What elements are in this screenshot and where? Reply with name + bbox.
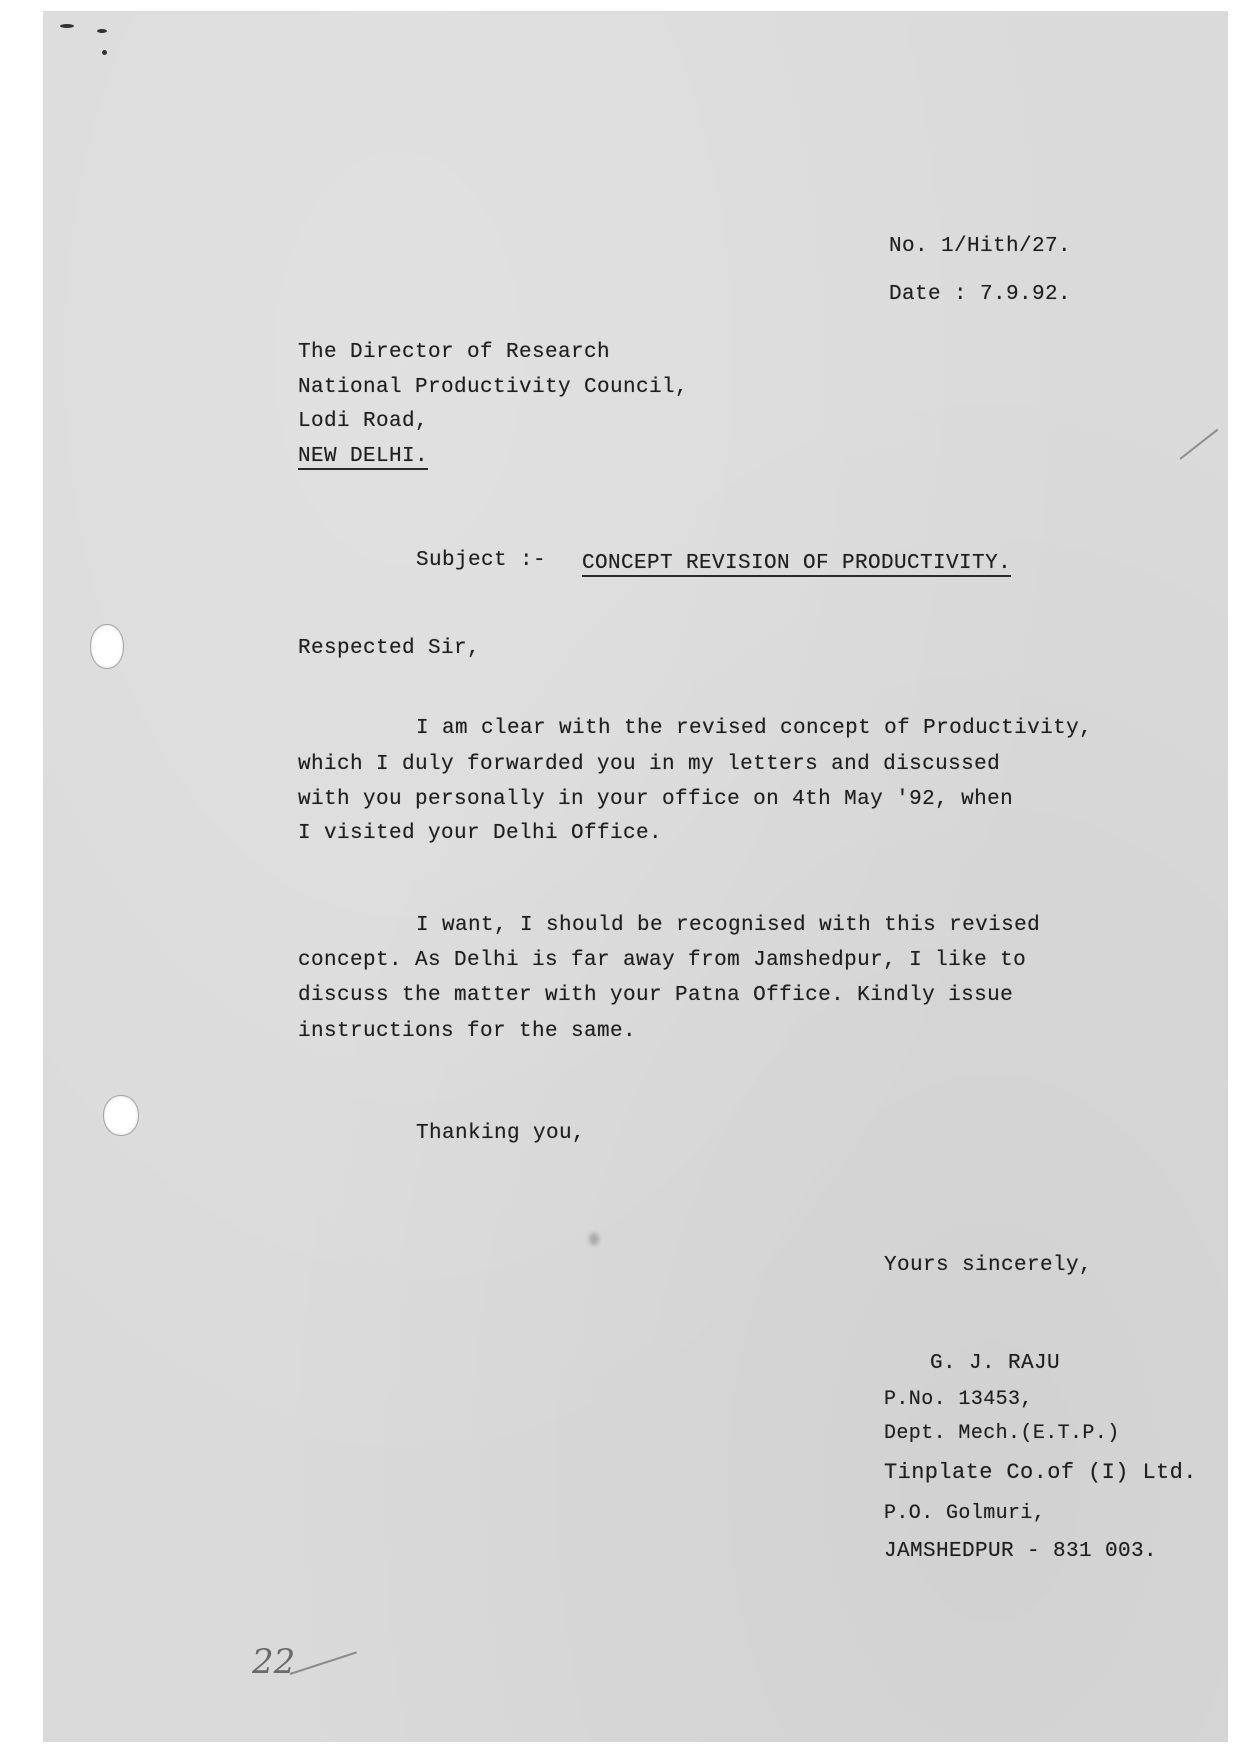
- punch-hole-bottom: [104, 1096, 138, 1135]
- signature-line: P.O. Golmuri,: [884, 1504, 1045, 1524]
- reference-number: No. 1/Hith/27.: [889, 236, 1071, 257]
- recipient-line: The Director of Research: [298, 342, 610, 363]
- subject-text: CONCEPT REVISION OF PRODUCTIVITY.: [582, 553, 1011, 577]
- ink-mark: [60, 24, 74, 28]
- ink-mark: [102, 50, 107, 55]
- paragraph-line: instructions for the same.: [298, 1021, 636, 1042]
- smudge-mark: [589, 1233, 599, 1245]
- signature-line: Tinplate Co.of (I) Ltd.: [884, 1462, 1197, 1484]
- recipient-line: National Productivity Council,: [298, 377, 688, 398]
- salutation: Respected Sir,: [298, 638, 480, 659]
- signature-line: JAMSHEDPUR - 831 003.: [884, 1541, 1157, 1562]
- paragraph-line: I want, I should be recognised with this…: [416, 915, 1040, 936]
- paragraph-line: I visited your Delhi Office.: [298, 823, 662, 844]
- paragraph-line: which I duly forwarded you in my letters…: [298, 754, 1000, 775]
- signature-line: Dept. Mech.(E.T.P.): [884, 1424, 1120, 1444]
- handwritten-page-number: 22: [252, 1645, 295, 1679]
- paragraph-line: I am clear with the revised concept of P…: [416, 718, 1092, 739]
- letter-date: Date : 7.9.92.: [889, 284, 1071, 305]
- punch-hole-top: [91, 625, 123, 668]
- paragraph-line: with you personally in your office on 4t…: [298, 789, 1013, 810]
- ink-mark: [97, 29, 107, 33]
- recipient-line: Lodi Road,: [298, 411, 428, 432]
- subject-label: Subject :-: [416, 550, 546, 571]
- paragraph-line: discuss the matter with your Patna Offic…: [298, 985, 1013, 1006]
- closing: Yours sincerely,: [884, 1255, 1092, 1276]
- signatory-name: G. J. RAJU: [930, 1353, 1060, 1374]
- recipient-city: NEW DELHI.: [298, 446, 428, 470]
- thanks-line: Thanking you,: [416, 1123, 585, 1144]
- signature-line: P.No. 13453,: [884, 1390, 1033, 1410]
- paragraph-line: concept. As Delhi is far away from Jamsh…: [298, 950, 1026, 971]
